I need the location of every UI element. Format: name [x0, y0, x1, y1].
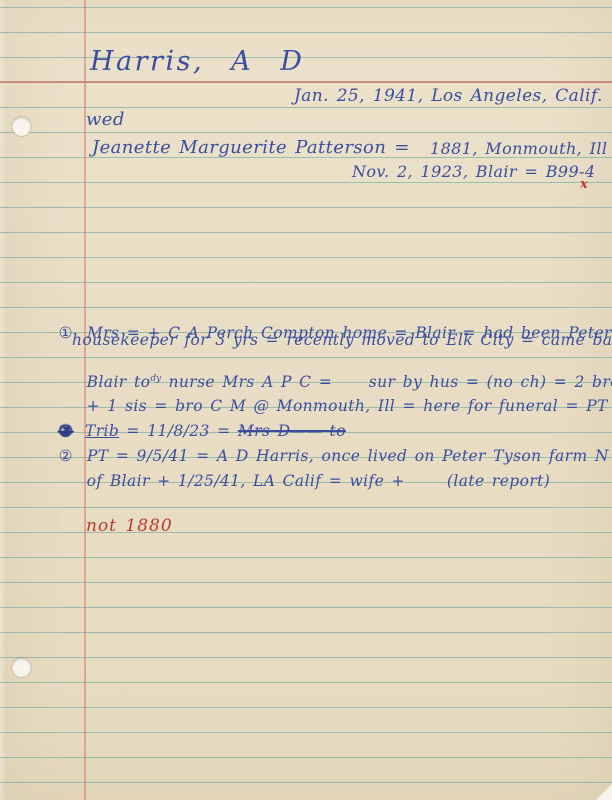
- spouse-birth: 1881, Monmouth, Ill: [430, 139, 607, 158]
- red-check-mark: x: [580, 177, 588, 192]
- late-report-note: (late report): [447, 472, 550, 490]
- punch-hole-bottom: [12, 658, 31, 677]
- surname-heading: Harris, A D: [90, 46, 304, 77]
- note-1-marker: ①: [59, 324, 73, 342]
- red-correction-note: not 1880: [86, 516, 173, 536]
- note-1-line-2: housekeeper for 3 yrs = recently moved t…: [72, 331, 612, 349]
- spouse-name: Jeanette Marguerite Patterson =: [92, 137, 410, 158]
- wed-label: wed: [86, 109, 125, 130]
- spouse-death-reference: Nov. 2, 1923, Blair = B99-4: [352, 162, 595, 181]
- punch-hole-top: [12, 117, 31, 136]
- note-2-line-2: of Blair + 1/25/41, LA Calif = wife +(la…: [72, 454, 550, 490]
- note-2-marker: ②: [59, 447, 73, 465]
- note-2-line-2-text: of Blair + 1/25/41, LA Calif = wife +: [87, 472, 405, 490]
- top-margin-line: [0, 81, 612, 83]
- death-date-place: Jan. 25, 1941, Los Angeles, Calif.: [294, 86, 603, 106]
- page-corner: [596, 784, 612, 800]
